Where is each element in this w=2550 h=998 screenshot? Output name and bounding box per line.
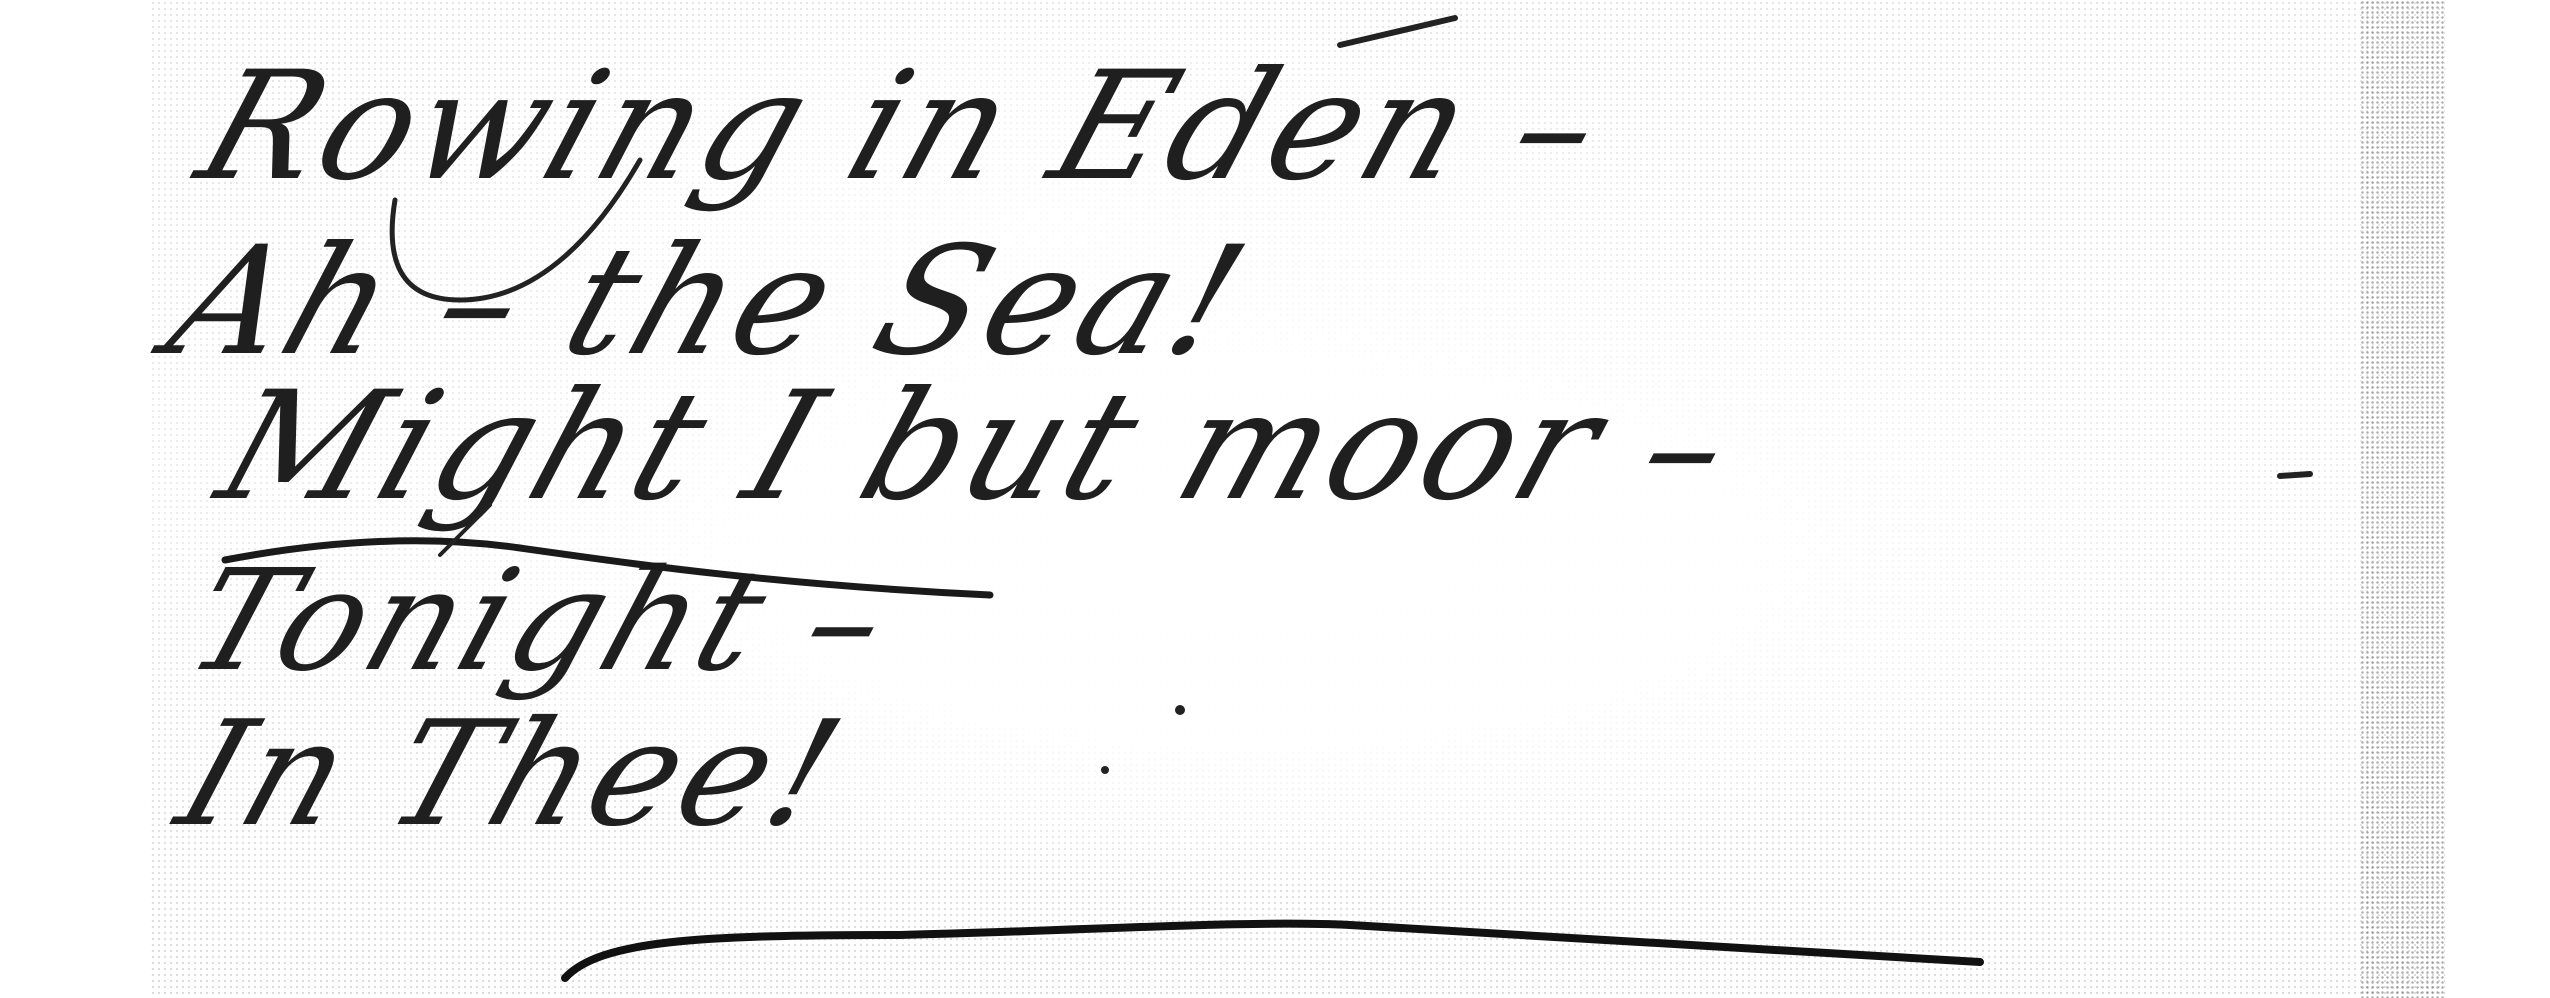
paper-edge-shading (2360, 0, 2445, 998)
manuscript-page: Rowing in Eden – Ah – the Sea! Might I b… (0, 0, 2550, 998)
manuscript-line-3: Might I but moor – (200, 360, 1755, 534)
manuscript-line-4: Tonight – (170, 540, 911, 703)
manuscript-line-1: Rowing in Eden – (180, 40, 1626, 214)
manuscript-line-5: In Thee! (160, 690, 864, 859)
